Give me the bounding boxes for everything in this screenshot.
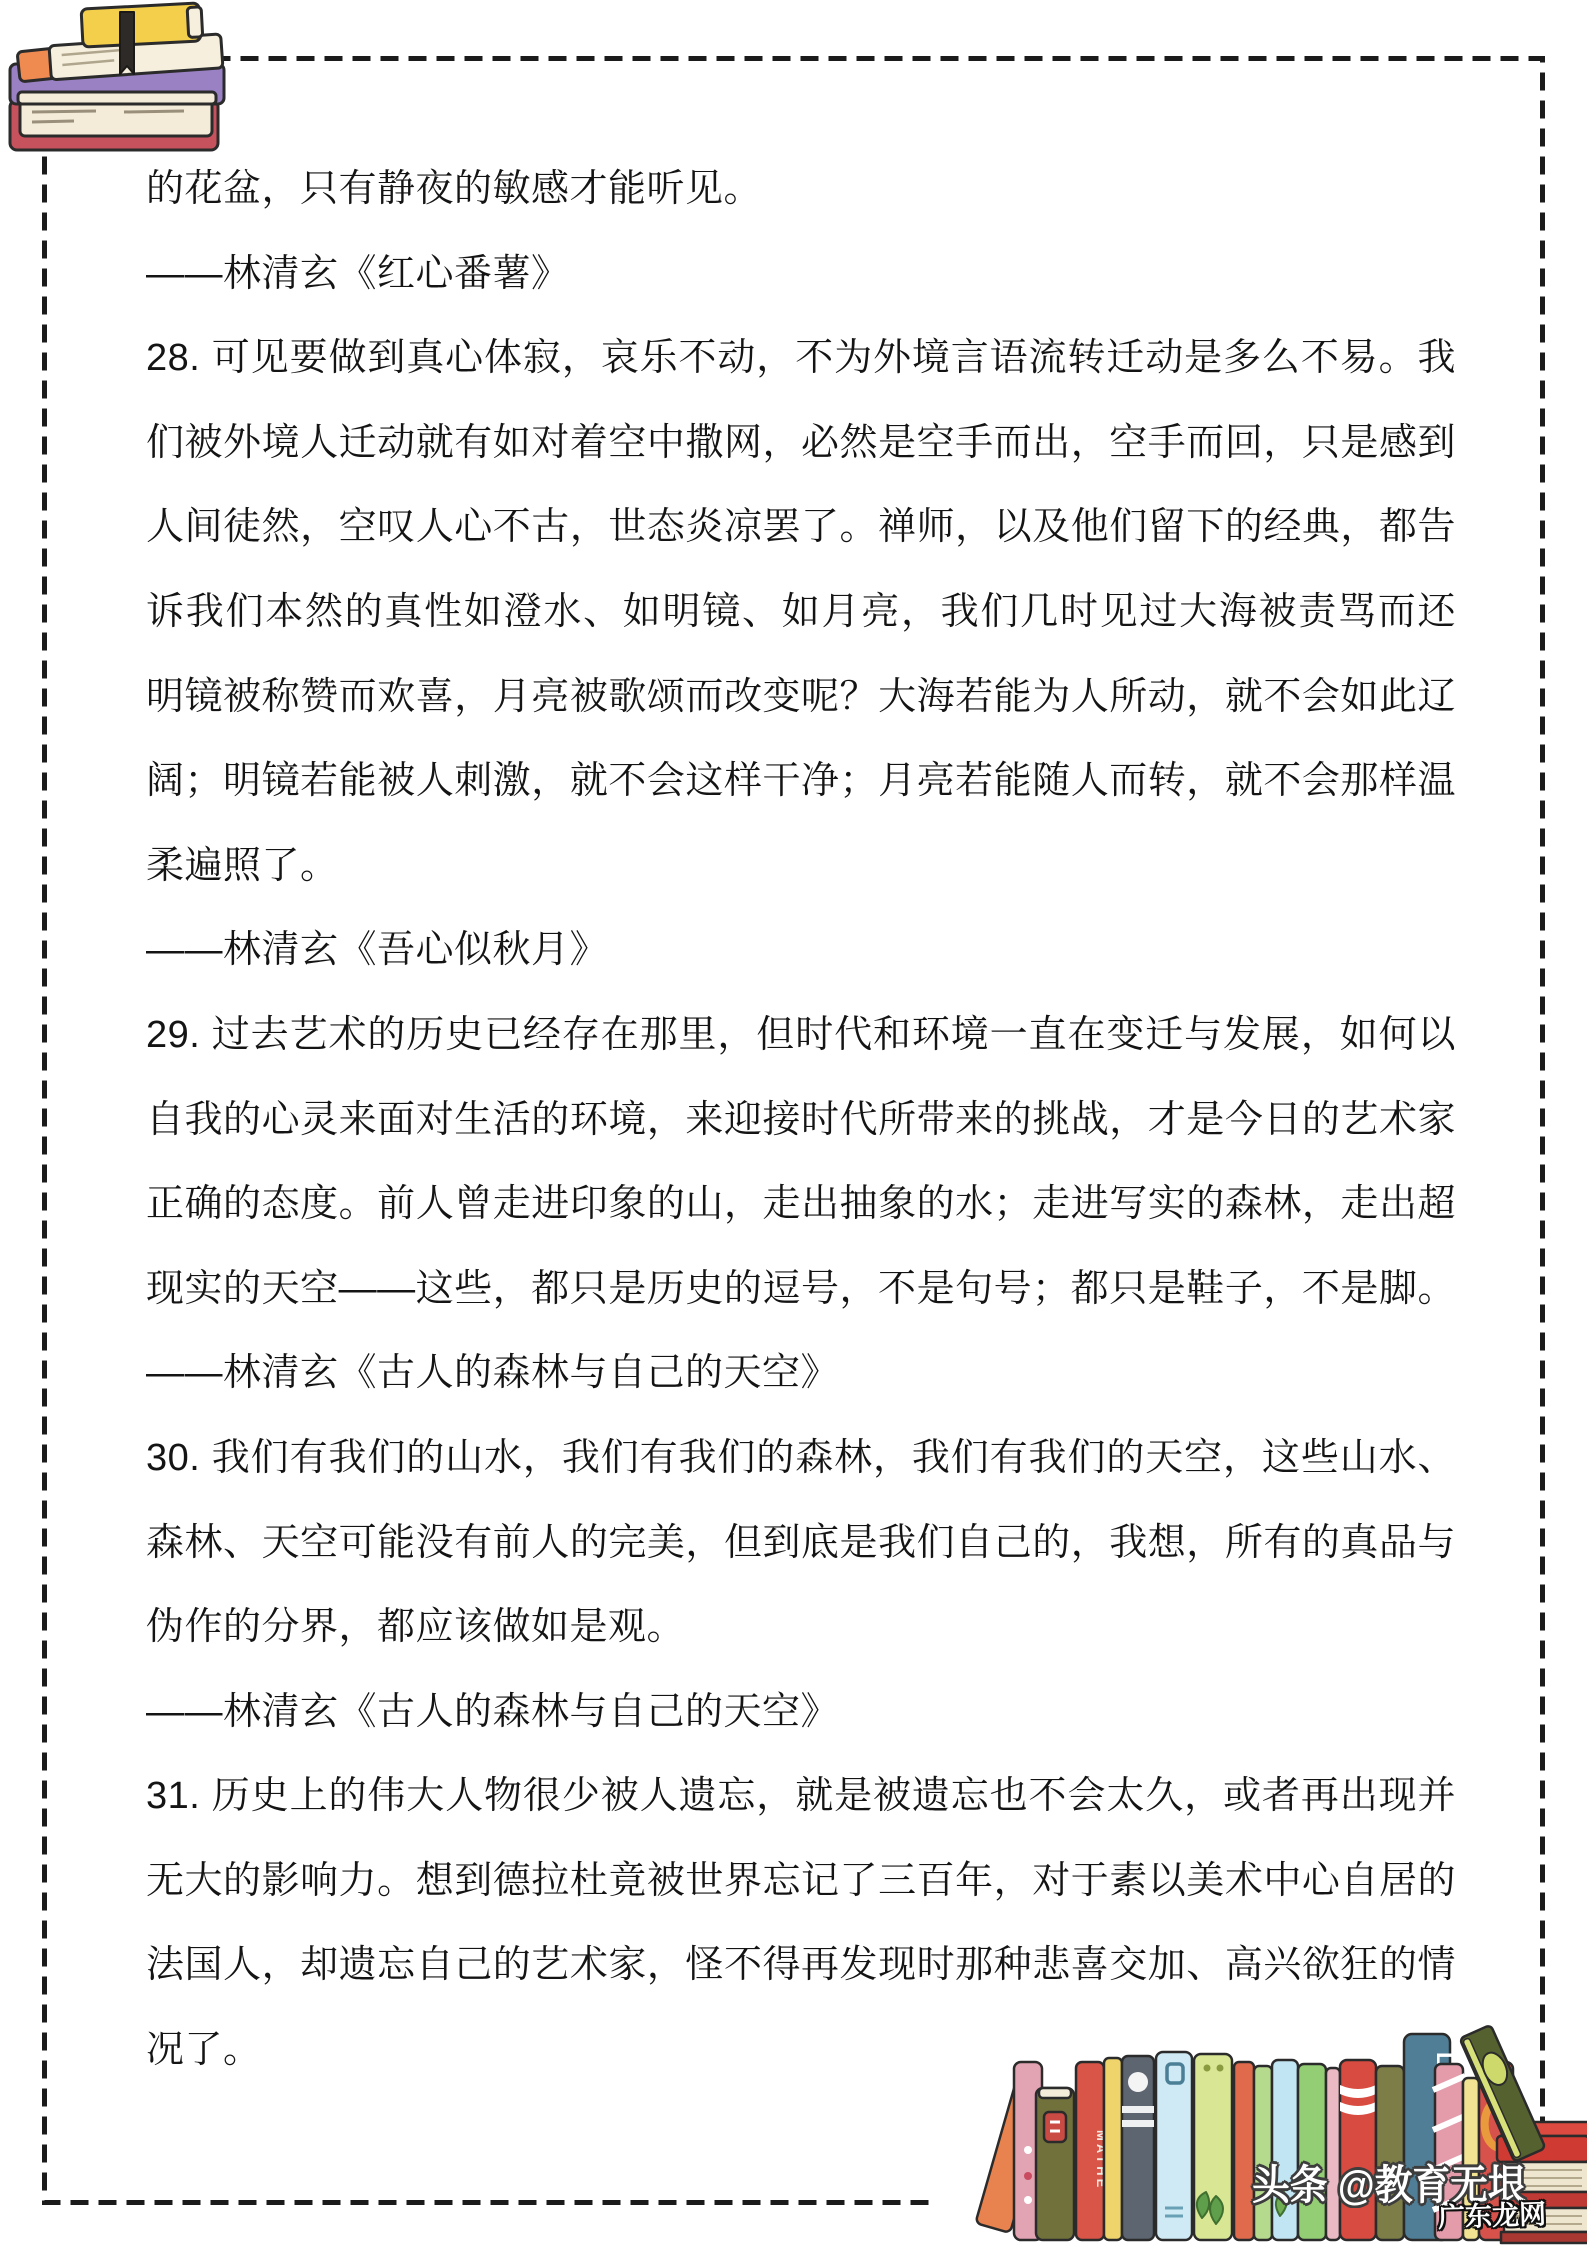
quote-line: ——林清玄《古人的森林与自己的天空》: [146, 1331, 1456, 1416]
quote-line: ——林清玄《红心番薯》: [146, 232, 1456, 317]
quote-line: 29. 过去艺术的历史已经存在那里，但时代和环境一直在变迁与发展，如何以: [146, 993, 1456, 1078]
quote-line: 柔遍照了。: [146, 824, 1456, 909]
quote-line: 的花盆，只有静夜的敏感才能听见。: [146, 147, 1456, 232]
quote-lines: 的花盆，只有静夜的敏感才能听见。——林清玄《红心番薯》28. 可见要做到真心体寂…: [146, 147, 1456, 2093]
quote-line: 森林、天空可能没有前人的完美，但到底是我们自己的，我想，所有的真品与: [146, 1501, 1456, 1586]
watermark-site: 广东龙网: [1437, 2192, 1546, 2235]
quote-line: 自我的心灵来面对生活的环境，来迎接时代所带来的挑战，才是今日的艺术家: [146, 1078, 1456, 1163]
quote-line: 阔；明镜若能被人刺激，就不会这样干净；月亮若能随人而转，就不会那样温: [146, 739, 1456, 824]
quote-line: ——林清玄《吾心似秋月》: [146, 908, 1456, 993]
quote-line: 们被外境人迁动就有如对着空中撒网，必然是空手而出，空手而回，只是感到: [146, 401, 1456, 486]
quote-line: 31. 历史上的伟大人物很少被人遗忘，就是被遗忘也不会太久，或者再出现并: [146, 1754, 1456, 1839]
quote-line: 诉我们本然的真性如澄水、如明镜、如月亮，我们几时见过大海被责骂而还口，: [146, 570, 1456, 655]
quote-line: 正确的态度。前人曾走进印象的山，走出抽象的水；走进写实的森林，走出超: [146, 1162, 1456, 1247]
page: { "palette": { "text": "#141414", "borde…: [0, 0, 1587, 2245]
quote-line: ——林清玄《古人的森林与自己的天空》: [146, 1670, 1456, 1755]
quote-line: 明镜被称赞而欢喜，月亮被歌颂而改变呢？大海若能为人所动，就不会如此辽: [146, 655, 1456, 740]
quote-line: 30. 我们有我们的山水，我们有我们的森林，我们有我们的天空，这些山水、: [146, 1416, 1456, 1501]
quote-line: 现实的天空——这些，都只是历史的逗号，不是句号；都只是鞋子，不是脚。: [146, 1247, 1456, 1332]
book-stack-illustration: [4, 0, 244, 165]
quote-line: 伪作的分界，都应该做如是观。: [146, 1585, 1456, 1670]
quote-line: 人间徒然，空叹人心不古，世态炎凉罢了。禅师，以及他们留下的经典，都告: [146, 485, 1456, 570]
quote-line: 无大的影响力。想到德拉杜竟被世界忘记了三百年，对于素以美术中心自居的: [146, 1839, 1456, 1924]
quote-line: 28. 可见要做到真心体寂，哀乐不动，不为外境言语流转迁动是多么不易。我: [146, 316, 1456, 401]
